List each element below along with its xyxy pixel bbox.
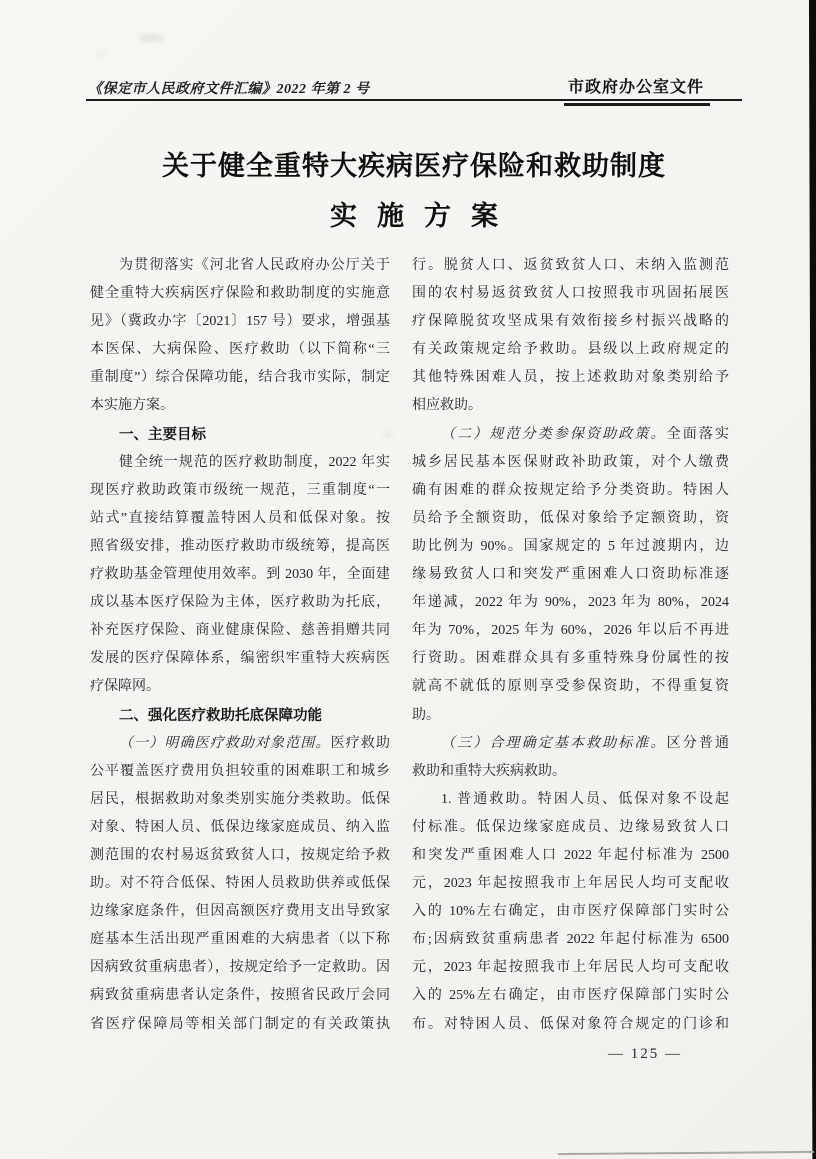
text-line: 边缘家庭条件，但因高额医疗费用支出导致家: [90, 898, 390, 926]
scan-edge-shadow: [807, 0, 816, 1159]
text-line: 相应救助。: [412, 392, 729, 420]
text-line: 本医保、大病保险、医疗救助（以下简称“三: [90, 336, 390, 364]
text-line: 照省级安排，推动医疗救助市级统筹，提高医: [90, 533, 390, 561]
text-line: 付标准。低保边缘家庭成员、边缘易致贫人口: [412, 814, 729, 842]
text-line: 助比例为 90%。国家规定的 5 年过渡期内，边: [412, 533, 729, 561]
text-line: 现医疗救助政策市级统一规范，三重制度“一: [90, 477, 390, 505]
text-line: 缘易致贫人口和突发严重困难人口资助标准逐: [412, 561, 729, 589]
text-line: 疗保障网。: [90, 673, 390, 701]
text-line: 确有困难的群众按规定给予分类资助。特困人: [412, 477, 729, 505]
text-line: 行资助。困难群众具有多重特殊身份属性的按: [412, 645, 729, 673]
text-line: 成以基本医疗保险为主体，医疗救助为托底，: [90, 589, 390, 617]
text-line: 发展的医疗保障体系，编密织牢重特大疾病医: [90, 645, 390, 673]
text-line: 入的 25%左右确定，由市医疗保障部门实时公: [412, 982, 729, 1010]
scan-bottom-line: [558, 1151, 814, 1155]
text-line: 二、强化医疗救助托底保障功能: [90, 702, 390, 730]
text-line: 为贯彻落实《河北省人民政府办公厅关于: [90, 252, 390, 280]
scan-smudge: [138, 34, 164, 42]
text-line: 补充医疗保险、商业健康保险、慈善捐赠共同: [90, 617, 390, 645]
text-line: 疗救助基金管理使用效率。到 2030 年，全面建: [90, 561, 390, 589]
text-line: 病致贫重病患者认定条件，按照省民政厅会同: [90, 982, 390, 1010]
text-line: 围的农村易返贫致贫人口按照我市巩固拓展医: [412, 280, 729, 308]
text-line: 一、主要目标: [90, 421, 390, 449]
text-line: 对象、特困人员、低保边缘家庭成员、纳入监: [90, 814, 390, 842]
document-title-line1: 关于健全重特大疾病医疗保险和救助制度: [86, 144, 742, 183]
text-line: 省医疗保障局等相关部门制定的有关政策执: [90, 1011, 390, 1039]
text-line: 疗保障脱贫攻坚成果有效衔接乡村振兴战略的: [412, 308, 729, 336]
page-number: — 125 —: [608, 1046, 682, 1063]
text-line: 员给予全额资助，低保对象给予定额资助，资: [412, 505, 729, 533]
text-line: （一）明确医疗救助对象范围。医疗救助: [90, 730, 390, 758]
text-line: 公平覆盖医疗费用负担较重的困难职工和城乡: [90, 758, 390, 786]
text-line: 其他特殊困难人员，按上述救助对象类别给予: [412, 364, 729, 392]
text-line: 见》（冀政办字〔2021〕157 号）要求，增强基: [90, 308, 390, 336]
text-line: 助。: [412, 702, 729, 730]
text-line: （二）规范分类参保资助政策。全面落实: [412, 421, 729, 449]
text-line: （三）合理确定基本救助标准。区分普通: [412, 730, 729, 758]
text-line: 和突发严重困难人口 2022 年起付标准为 2500: [412, 842, 729, 870]
text-line: 就高不就低的原则享受参保资助，不得重复资: [412, 673, 729, 701]
text-line: 年递减，2022 年为 90%，2023 年为 80%，2024: [412, 589, 729, 617]
header-rule-accent: [564, 103, 710, 106]
text-line: 庭基本生活出现严重困难的大病患者（以下称: [90, 926, 390, 954]
text-line: 重制度”）综合保障功能，结合我市实际，制定: [90, 364, 390, 392]
text-column-right: 行。脱贫人口、返贫致贫人口、未纳入监测范围的农村易返贫致贫人口按照我市巩固拓展医…: [412, 252, 729, 1039]
text-line: 年为 70%，2025 年为 60%，2026 年以后不再进: [412, 617, 729, 645]
text-line: 测范围的农村易返贫致贫人口，按规定给予救: [90, 842, 390, 870]
text-line: 本实施方案。: [90, 392, 390, 420]
text-line: 布。对特困人员、低保对象符合规定的门诊和: [412, 1011, 729, 1039]
text-line: 健全统一规范的医疗救助制度，2022 年实: [90, 449, 390, 477]
document-title-line2: 实施方案: [86, 194, 742, 233]
text-line: 有关政策规定给予救助。县级以上政府规定的: [412, 336, 729, 364]
text-line: 布;因病致贫重病患者 2022 年起付标准为 6500: [412, 926, 729, 954]
text-column-left: 为贯彻落实《河北省人民政府办公厅关于健全重特大疾病医疗保险和救助制度的实施意见》…: [90, 252, 390, 1039]
text-line: 元，2023 年起按照我市上年居民人均可支配收: [412, 954, 729, 982]
header-journal-title: 《保定市人民政府文件汇编》2022 年第 2 号: [88, 78, 370, 98]
text-line: 元，2023 年起按照我市上年居民人均可支配收: [412, 870, 729, 898]
text-line: 入的 10%左右确定，由市医疗保障部门实时公: [412, 898, 729, 926]
text-line: 因病致贫重病患者），按规定给予一定救助。因: [90, 954, 390, 982]
text-line: 助。对不符合低保、特困人员救助供养或低保: [90, 870, 390, 898]
header-category-label: 市政府办公室文件: [568, 74, 704, 97]
text-line: 城乡居民基本医保财政补助政策，对个人缴费: [412, 449, 729, 477]
text-line: 救助和重特大疾病救助。: [412, 758, 729, 786]
text-line: 行。脱贫人口、返贫致贫人口、未纳入监测范: [412, 252, 729, 280]
text-line: 健全重特大疾病医疗保险和救助制度的实施意: [90, 280, 390, 308]
text-line: 1. 普通救助。特困人员、低保对象不设起: [412, 786, 729, 814]
text-line: 居民，根据救助对象类别实施分类救助。低保: [90, 786, 390, 814]
scan-smudge: [96, 52, 106, 57]
text-line: 站式”直接结算覆盖特困人员和低保对象。按: [90, 505, 390, 533]
scanned-page: 《保定市人民政府文件汇编》2022 年第 2 号 市政府办公室文件 关于健全重特…: [0, 0, 816, 1159]
header-rule: [86, 99, 742, 101]
